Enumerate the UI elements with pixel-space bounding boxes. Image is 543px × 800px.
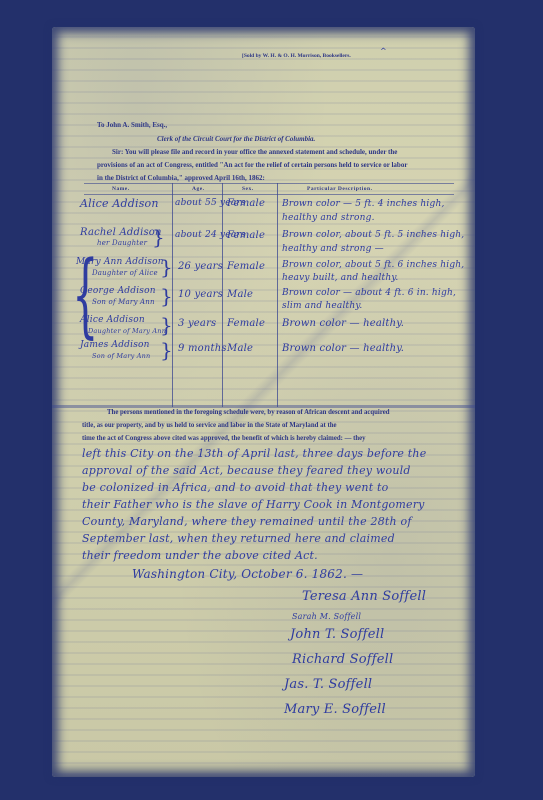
claim-line-2: title, as our property, and by us held t… [82, 422, 337, 429]
signature-5: Jas. T. Soffell [284, 677, 372, 692]
addressee-title: Clerk of the Circuit Court for the Distr… [157, 135, 315, 143]
row-1-description: Brown color — 5 ft. 4 inches high, healt… [282, 197, 472, 225]
publisher-line: [Sold by W. H. & O. H. Morrison, Booksel… [242, 53, 351, 59]
statement-line-1: left this City on the 13th of April last… [82, 447, 426, 460]
signature-3: John T. Soffell [290, 627, 384, 642]
row-4-age: 10 years [178, 289, 223, 300]
statement-line-7: their freedom under the above cited Act. [82, 549, 318, 562]
row-3-description: Brown color, about 5 ft. 6 inches high, … [282, 259, 472, 285]
statement-line-3: be colonized in Africa, and to avoid tha… [82, 481, 388, 494]
intro-line-1: Sir: You will please file and record in … [112, 148, 397, 156]
row-3-brace: } [160, 255, 173, 279]
header-age: Age. [192, 186, 205, 192]
row-4-sex: Male [227, 289, 253, 300]
signature-4: Richard Soffell [292, 652, 393, 667]
row-5-description: Brown color — healthy. [282, 318, 404, 329]
row-2-description: Brown color, about 5 ft. 5 inches high, … [282, 228, 472, 256]
row-6-description: Brown color — healthy. [282, 343, 404, 354]
row-3-name: Mary Ann Addison [76, 257, 164, 267]
header-description: Particular Description. [307, 186, 372, 192]
row-6-name: James Addison [80, 340, 150, 350]
signature-1: Teresa Ann Soffell [302, 589, 426, 604]
signature-2: Sarah M. Soffell [292, 612, 361, 621]
row-3-age: 26 years [178, 261, 223, 272]
table-top-rule [84, 183, 454, 184]
addressee: To John A. Smith, Esq., [97, 121, 167, 129]
row-2-relation: her Daughter [97, 239, 147, 247]
document-page: [Sold by W. H. & O. H. Morrison, Booksel… [52, 27, 475, 777]
row-4-brace: } [160, 284, 173, 308]
place-date: Washington City, October 6. 1862. — [132, 567, 363, 581]
row-5-name: Alice Addison [80, 315, 145, 325]
row-1-sex: Female [227, 198, 265, 209]
signature-6: Mary E. Soffell [284, 702, 386, 717]
row-6-age: 9 months [178, 343, 227, 354]
row-4-name: George Addison [80, 286, 156, 296]
row-4-relation: Son of Mary Ann [92, 298, 155, 306]
caret-mark: ^ [380, 47, 387, 56]
intro-line-2: provisions of an act of Congress, entitl… [97, 161, 407, 169]
table-header-rule [84, 194, 454, 195]
header-sex: Sex. [242, 186, 254, 192]
row-2-sex: Female [227, 230, 265, 241]
statement-line-5: County, Maryland, where they remained un… [82, 515, 412, 528]
claim-line-1: The persons mentioned in the foregoing s… [107, 409, 390, 416]
statement-line-4: their Father who is the slave of Harry C… [82, 498, 425, 511]
row-5-age: 3 years [178, 318, 216, 329]
row-6-sex: Male [227, 343, 253, 354]
scan-background: [Sold by W. H. & O. H. Morrison, Booksel… [0, 0, 543, 800]
row-2-brace: } [152, 225, 165, 249]
statement-line-6: September last, when they returned here … [82, 532, 395, 545]
intro-line-3: in the District of Columbia," approved A… [97, 174, 265, 182]
row-5-brace: } [160, 313, 173, 337]
row-2-name: Rachel Addison [80, 227, 162, 238]
row-3-relation: Daughter of Alice [92, 269, 158, 277]
row-4-description: Brown color — about 4 ft. 6 in. high, sl… [282, 287, 472, 313]
row-6-relation: Son of Mary Ann [92, 352, 150, 360]
table-divider-3 [277, 183, 278, 407]
claim-line-3: time the act of Congress above cited was… [82, 435, 366, 442]
row-6-brace: } [160, 338, 173, 362]
fold-line [52, 405, 475, 408]
row-3-sex: Female [227, 261, 265, 272]
row-1-name: Alice Addison [80, 197, 159, 210]
statement-line-2: approval of the said Act, because they f… [82, 464, 411, 477]
row-5-relation: Daughter of Mary Ann [88, 327, 166, 335]
row-5-sex: Female [227, 318, 265, 329]
header-name: Name. [112, 186, 130, 192]
